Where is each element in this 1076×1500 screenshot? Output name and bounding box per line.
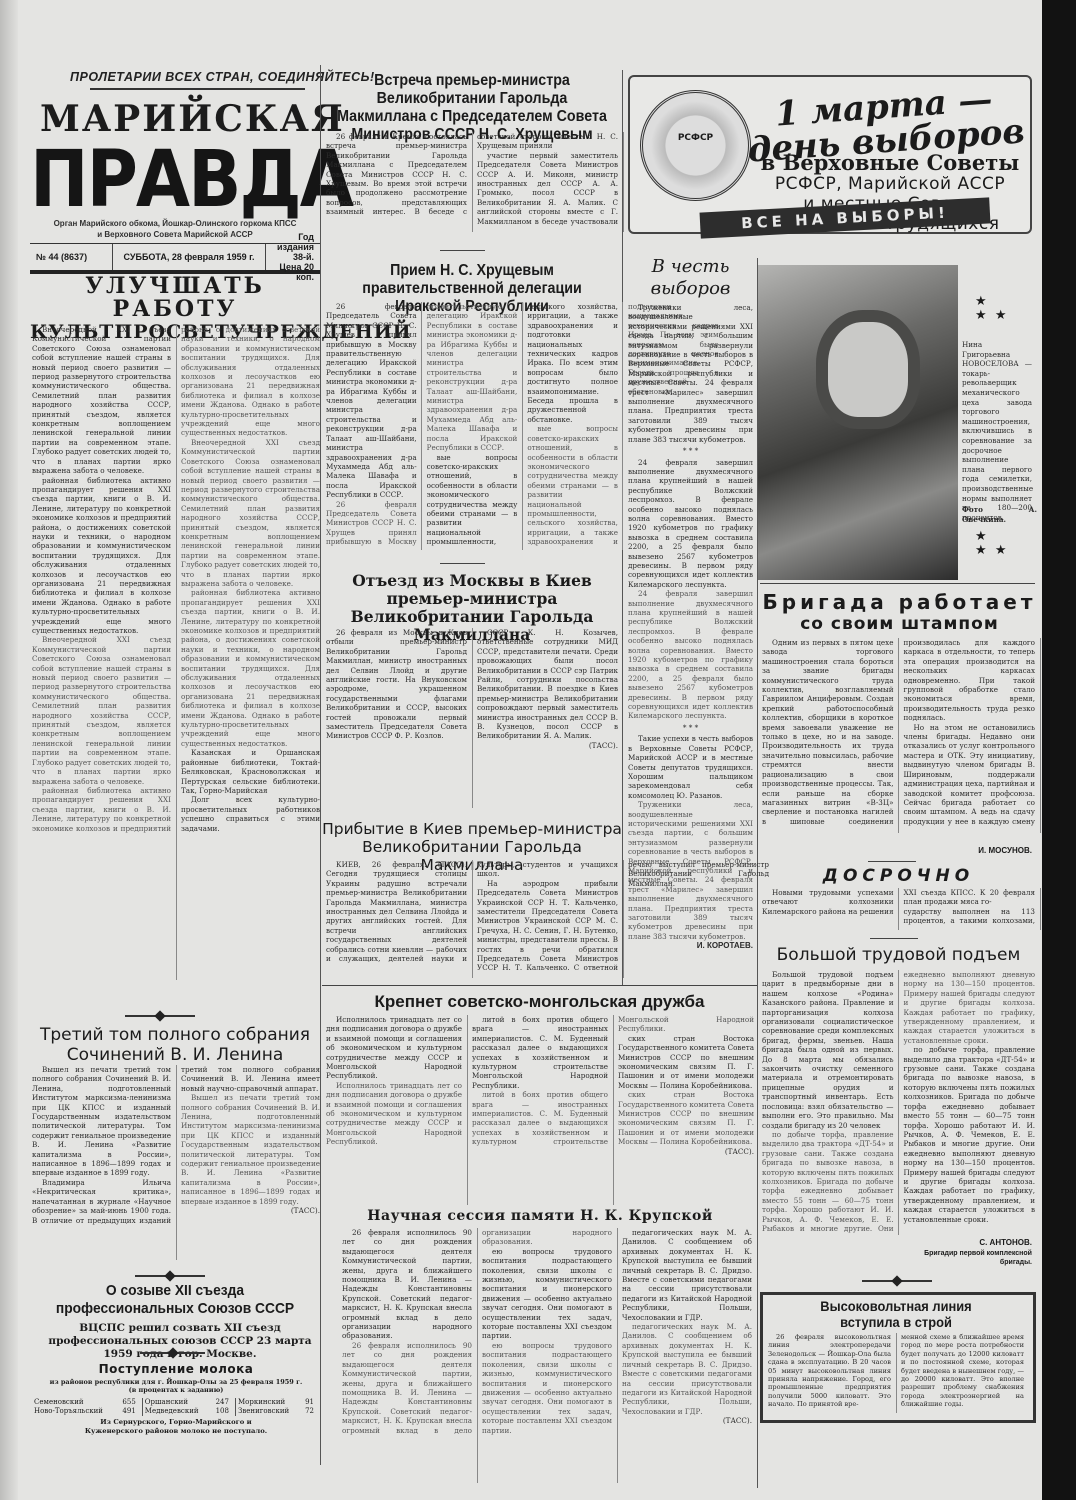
issue-date: СУББОТА, 28 февраля 1959 г. xyxy=(113,244,266,270)
power-headline-line2: вступила в строй xyxy=(775,1314,1016,1330)
issue-info-bar: № 44 (8637) СУББОТА, 28 февраля 1959 г. … xyxy=(30,243,320,274)
mongol-body: Исполнилось тринадцать лет со дня подпис… xyxy=(326,1015,754,1205)
divider-ornament xyxy=(862,1280,932,1282)
issue-year-price: Год издания 38-й. Цена 20 коп. xyxy=(266,244,320,270)
unions-text: ВЦСПС решил созвать XII съезд профессион… xyxy=(45,1322,315,1361)
iraq-body: 26 февраля Председатель Совета Министров… xyxy=(326,302,618,550)
lenin-col1: Вышел из печати третий том полного собра… xyxy=(32,1065,171,1178)
milk-headline: Поступление молока xyxy=(32,1362,320,1376)
honor-col1: Труженики леса, воодушевленные историчес… xyxy=(628,303,753,444)
power-col2: менной схеме в ближайшее время город по … xyxy=(901,1333,1024,1409)
labor-col2: по добыче торфа, правление выделило два … xyxy=(904,1045,1036,1224)
culture-tail: Казанская и Оршанская районные библиотек… xyxy=(181,748,320,795)
honor-continuation-2: Труженики леса, воодушевленные историчес… xyxy=(628,800,753,941)
emblem-label: РСФСР xyxy=(643,133,748,143)
ahead-headline: ДОСРОЧНО xyxy=(762,866,1035,886)
krupskaya-agency: (ТАСС). xyxy=(622,1416,752,1425)
divider xyxy=(760,583,1035,584)
ahead-body: Новыми трудовыми успехами отвечают колхо… xyxy=(762,888,1035,930)
asterisks: * * * xyxy=(628,723,753,732)
slogan-rule xyxy=(90,88,305,90)
power-col1: 26 февраля высоковольтная линия электроп… xyxy=(768,1333,891,1409)
lenin-headline-line1: Третий том полного собрания xyxy=(30,1025,320,1045)
district-value: 72 xyxy=(300,1407,320,1416)
honor-continuation: 24 февраля завершил выполнение двухмесяч… xyxy=(628,589,753,721)
honor-col3: Такие успехи в честь выборов в Верховные… xyxy=(628,734,753,800)
organ-line2: и Верховного Совета Марийской АССР xyxy=(40,229,310,240)
honor-body: Труженики леса, воодушевленные историчес… xyxy=(628,303,753,983)
labor-body: Большой трудовой подъем царит в предвыбо… xyxy=(762,970,1035,1235)
lenin-headline: Третий том полного собрания Сочинений В.… xyxy=(30,1025,320,1065)
issue-year: Год издания 38-й. xyxy=(272,232,314,262)
culture-lead: Внеочередной XXI съезд Коммунистической … xyxy=(32,325,171,476)
organ-line1: Орган Марийского обкома, Йошкар-Олинског… xyxy=(40,218,310,229)
krupskaya-continuation-3: педагогических наук М. А. Данилов. С соо… xyxy=(622,1322,752,1416)
krupskaya-headline: Научная сессия памяти Н. К. Крупской xyxy=(330,1208,750,1224)
labor-signature: С. АНТОНОВ. xyxy=(900,1238,1032,1247)
divider xyxy=(868,861,916,862)
milk-report: Поступление молока из районов республики… xyxy=(32,1362,320,1436)
unions-headline-line1: О созыве XII съезда xyxy=(42,1282,309,1300)
district-name: Моркинский xyxy=(235,1398,300,1407)
column-rule xyxy=(320,65,321,1465)
honor-signature: И. КОРОТАЕВ. xyxy=(628,941,753,950)
masthead-title-line2: ПРАВДА xyxy=(30,133,316,225)
culture-col2: районная библиотека активно пропагандиру… xyxy=(32,476,171,636)
krupskaya-col3: педагогических наук М. А. Данилов. С соо… xyxy=(622,1228,752,1322)
krupskaya-body: 26 февраля исполнилось 90 лет со дня рож… xyxy=(342,1228,752,1483)
divider-ornament xyxy=(135,1275,205,1277)
arrival-body: КИЕВ, 26 февраля. (ТАСС). Сегодня трудящ… xyxy=(326,860,618,978)
brigade-headline: Бригада работает со своим штампом xyxy=(762,590,1037,634)
column-rule xyxy=(622,70,623,985)
iraq-col1: 26 февраля Председатель Совета Министров… xyxy=(326,302,417,500)
banner-line2: РСФСР, Марийской АССР xyxy=(760,174,1020,194)
milk-note: (в процентах к заданию) xyxy=(32,1386,320,1394)
unions-headline-line2: профессиональных Союзов СССР xyxy=(42,1300,309,1318)
mongol-col3: ских стран Востока Государственного коми… xyxy=(618,1034,754,1090)
departure-col1: 26 февраля из Москвы в Киев отбыли премь… xyxy=(326,628,467,741)
krupskaya-col1: 26 февраля исполнилось 90 лет со дня рож… xyxy=(342,1228,472,1341)
district-value: 247 xyxy=(210,1398,235,1407)
photo-credit: Фото А. Овечкина. xyxy=(962,505,1037,524)
labor-col1: Большой трудовой подъем царит в предвыбо… xyxy=(762,970,894,1130)
mongol-agency: (ТАСС). xyxy=(618,1147,754,1156)
district-name: Ново-Торъяльский xyxy=(32,1407,117,1416)
divider xyxy=(322,985,757,986)
divider xyxy=(870,938,918,939)
labor-signature-role: Бригадир первой комплексной бригады. xyxy=(900,1249,1032,1267)
table-row: Ново-Торъяльский 491 Медведевский 108 Зв… xyxy=(32,1407,320,1416)
newspaper-page: ПРОЛЕТАРИИ ВСЕХ СТРАН, СОЕДИНЯЙТЕСЬ! МАР… xyxy=(0,0,1042,1500)
divider xyxy=(440,563,485,564)
divider-ornament xyxy=(140,1352,205,1354)
honor-headline: В честь выборов xyxy=(628,256,753,300)
stars-icon: ★★ ★ xyxy=(975,530,1007,558)
issue-number: № 44 (8637) xyxy=(30,244,113,270)
krupskaya-col2: ею вопросы трудового воспитания подраста… xyxy=(482,1247,612,1341)
milk-table: Семеновский 655 Оршанский 247 Моркинский… xyxy=(32,1398,320,1416)
krupskaya-continuation-2: ею вопросы трудового воспитания подраста… xyxy=(482,1341,612,1435)
page-edge xyxy=(0,0,18,1500)
honor-col2: 24 февраля завершил выполнение двухмесяч… xyxy=(628,458,753,590)
mongol-continuation-3: ских стран Востока Государственного коми… xyxy=(618,1090,754,1146)
district-value: 655 xyxy=(117,1398,142,1407)
slogan: ПРОЛЕТАРИИ ВСЕХ СТРАН, СОЕДИНЯЙТЕСЬ! xyxy=(70,70,375,84)
meeting-body: 26 февраля в Кремле состоялась встреча п… xyxy=(326,132,618,232)
power-headline-line1: Высоковольтная линия xyxy=(775,1298,1016,1314)
rsfsr-emblem-icon: РСФСР xyxy=(640,90,751,201)
mongol-col2: литой в боях против общего врага — иност… xyxy=(472,1015,608,1090)
power-headline: Высоковольтная линия вступила в строй xyxy=(775,1298,1016,1330)
unions-headline: О созыве XII съезда профессиональных Сою… xyxy=(42,1282,309,1318)
masthead-organ: Орган Марийского обкома, Йошкар-Олинског… xyxy=(40,218,310,240)
brigade-body: Одним из первых в пятом цехе завода торг… xyxy=(762,638,1035,833)
mongol-headline: Крепнет советско-монгольская дружба xyxy=(322,992,757,1012)
photo-caption: Нина Григорьевна НОВОСЕЛОВА — токарь-рев… xyxy=(962,340,1032,522)
district-name: Оршанский xyxy=(142,1398,210,1407)
brigade-headline-line1: Бригада работает xyxy=(762,590,1037,614)
departure-agency: (ТАСС). xyxy=(477,741,618,750)
scan-background xyxy=(1042,0,1076,1500)
departure-body: 26 февраля из Москвы в Киев отбыли премь… xyxy=(326,628,618,808)
divider-ornament xyxy=(125,1015,195,1017)
asterisks: * * * xyxy=(628,446,753,455)
district-name: Звениговский xyxy=(235,1407,300,1416)
district-value: 108 xyxy=(210,1407,235,1416)
mongol-continuation: Исполнилось тринадцать лет со дня подпис… xyxy=(326,1081,462,1147)
culture-continuation-3: Внеочередной XXI съезд Коммунистической … xyxy=(181,438,320,589)
departure-col2: СССР К. Н. Козычев, ответственные сотруд… xyxy=(477,628,618,741)
milk-footer: Из Сернурского, Горно-Марийского и Кужен… xyxy=(76,1418,276,1436)
culture-body: Внеочередной XXI съезд Коммунистической … xyxy=(32,325,320,980)
milk-subtitle: из районов республики для г. Йошкар-Олы … xyxy=(32,1378,320,1386)
divider xyxy=(440,250,485,251)
district-value: 91 xyxy=(300,1398,320,1407)
culture-continuation-4: районная библиотека активно пропагандиру… xyxy=(181,588,320,748)
culture-headline-line1: УЛУЧШАТЬ РАБОТУ xyxy=(30,275,320,321)
district-name: Медведевский xyxy=(142,1407,210,1416)
banner-line1: в Верховные Советы xyxy=(760,150,1020,175)
labor-headline: Большой трудовой подъем xyxy=(762,945,1035,965)
brigade-headline-line2: со своим штампом xyxy=(762,614,1037,634)
culture-continuation: Внеочередной XXI съезд Коммунистической … xyxy=(32,635,171,786)
lenin-body: Вышел из печати третий том полного собра… xyxy=(32,1065,320,1260)
lenin-continuation: Вышел из печати третий том полного собра… xyxy=(181,1093,320,1206)
brigade-signature: И. МОСУНОВ. xyxy=(900,846,1032,855)
district-value: 491 xyxy=(117,1407,142,1416)
culture-closing: Долг всех культурно-просветительных рабо… xyxy=(181,795,320,833)
table-row: Семеновский 655 Оршанский 247 Моркинский… xyxy=(32,1398,320,1407)
worker-photo xyxy=(758,265,958,580)
district-name: Семеновский xyxy=(32,1398,117,1407)
lenin-headline-line2: Сочинений В. И. Ленина xyxy=(30,1045,320,1065)
stars-icon: ★★ ★ xyxy=(975,295,1007,323)
mongol-col1: Исполнилось тринадцать лет со дня подпис… xyxy=(326,1015,462,1081)
power-body: 26 февраля высоковольтная линия электроп… xyxy=(768,1333,1024,1413)
lenin-agency: (ТАСС). xyxy=(181,1206,320,1215)
